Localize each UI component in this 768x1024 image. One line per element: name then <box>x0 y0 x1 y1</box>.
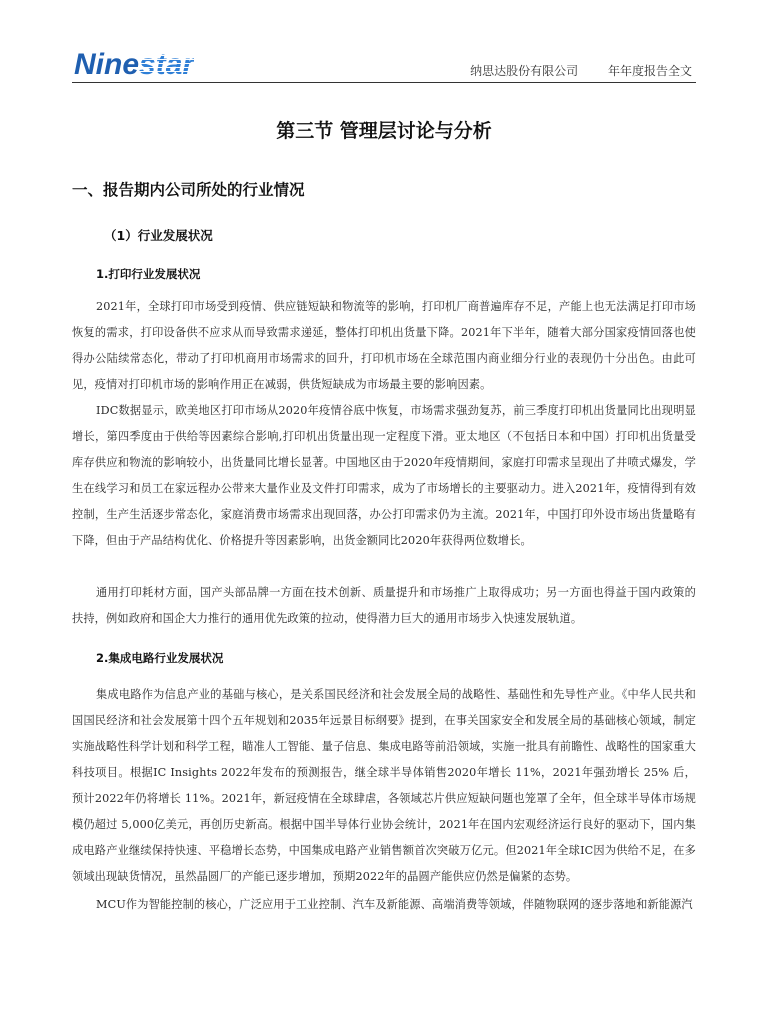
logo-text-star: star <box>139 48 194 81</box>
logo-text-nine: Nine <box>74 48 139 81</box>
document-name: 年年度报告全文 <box>608 64 692 78</box>
heading-printing-industry: 1.打印行业发展状况 <box>96 266 200 282</box>
ninestar-logo: Ninestar <box>74 48 194 82</box>
company-name: 纳思达股份有限公司 <box>470 64 578 78</box>
heading-ic-industry: 2.集成电路行业发展状况 <box>96 650 223 666</box>
page-header: Ninestar 纳思达股份有限公司 年年度报告全文 <box>72 48 696 83</box>
header-meta: 纳思达股份有限公司 年年度报告全文 <box>444 62 692 79</box>
section-title: 第三节 管理层讨论与分析 <box>0 116 768 143</box>
paragraph: MCU作为智能控制的核心，广泛应用于工业控制、汽车及新能源、高端消费等领域，伴随… <box>72 892 696 918</box>
paragraph: 集成电路作为信息产业的基础与核心，是关系国民经济和社会发展全局的战略性、基础性和… <box>72 682 696 890</box>
heading-industry-situation: 一、报告期内公司所处的行业情况 <box>72 178 305 200</box>
heading-industry-development: （1）行业发展状况 <box>104 226 213 244</box>
paragraph: IDC数据显示，欧美地区打印市场从2020年疫情谷底中恢复，市场需求强劲复苏，前… <box>72 398 696 554</box>
paragraph: 2021年，全球打印市场受到疫情、供应链短缺和物流等的影响，打印机厂商普遍库存不… <box>72 294 696 398</box>
paragraph: 通用打印耗材方面，国产头部品牌一方面在技术创新、质量提升和市场推广上取得成功；另… <box>72 580 696 632</box>
